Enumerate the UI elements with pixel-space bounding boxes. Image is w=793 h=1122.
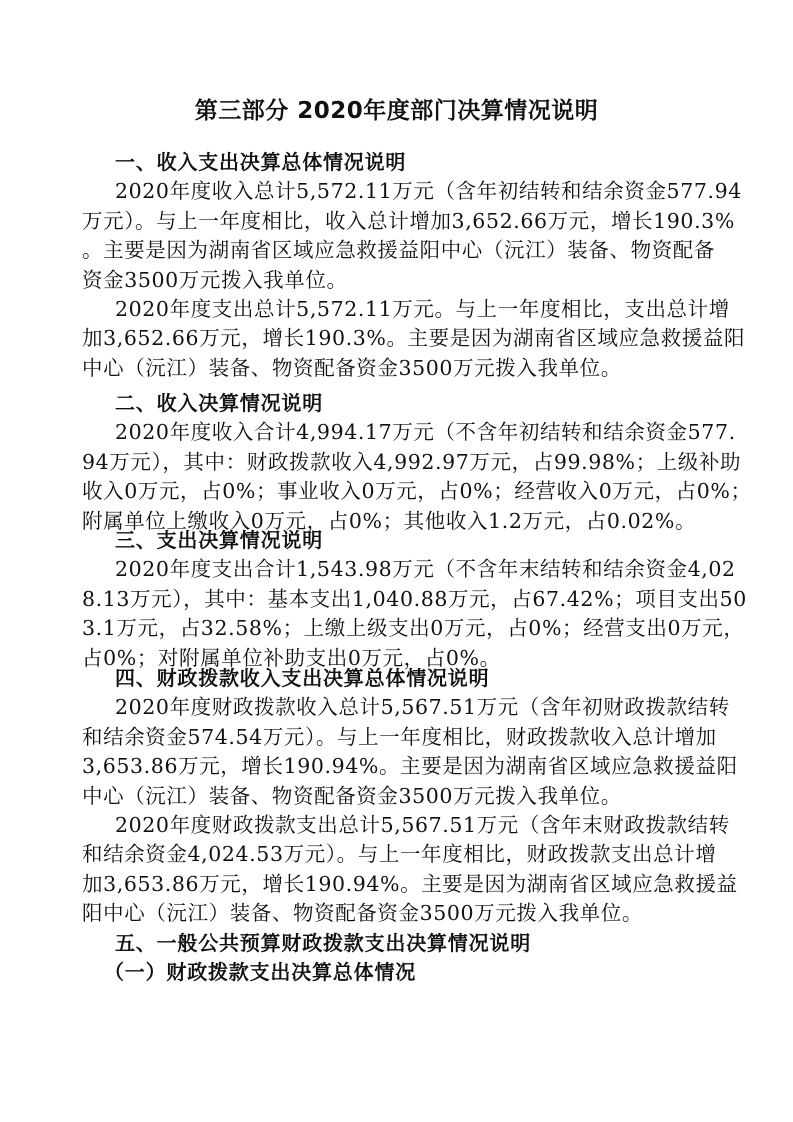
paragraph-line: 2020年度财政拨款收入总计5,567.51万元（含年初财政拨款结转 [82, 693, 712, 722]
section-heading: 三、支出决算情况说明 [82, 526, 712, 555]
paragraph-line: 94万元），其中：财政拨款收入4,992.97万元，占99.98%；上级补助 [82, 448, 712, 477]
paragraph-line: 。主要是因为湖南省区域应急救援益阳中心（沅江）装备、物资配备 [82, 236, 712, 265]
section-income-details: 二、收入决算情况说明 2020年度收入合计4,994.17万元（不含年初结转和结… [82, 389, 712, 536]
section-heading: 一、收入支出决算总体情况说明 [82, 148, 712, 177]
section-heading: 二、收入决算情况说明 [82, 389, 712, 418]
paragraph-line: 8.13万元），其中：基本支出1,040.88万元，占67.42%；项目支出50 [82, 585, 712, 614]
paragraph-line: 和结余资金574.54万元）。与上一年度相比，财政拨款收入总计增加 [82, 723, 712, 752]
section-general-public-budget: 五、一般公共预算财政拨款支出决算情况说明 （一）财政拨款支出决算总体情况 [82, 929, 712, 988]
paragraph: 2020年度收入合计4,994.17万元（不含年初结转和结余资金577. 94万… [82, 418, 712, 536]
paragraph: 2020年度财政拨款支出总计5,567.51万元（含年末财政拨款结转 和结余资金… [82, 811, 712, 929]
section-heading: 四、财政拨款收入支出决算总体情况说明 [82, 664, 712, 693]
document-page: 第三部分 2020年度部门决算情况说明 一、收入支出决算总体情况说明 2020年… [0, 0, 793, 1122]
paragraph-line: 阳中心（沅江）装备、物资配备资金3500万元拨入我单位。 [82, 899, 712, 928]
paragraph-line: 资金3500万元拨入我单位。 [82, 266, 712, 295]
paragraph-line: 2020年度收入合计4,994.17万元（不含年初结转和结余资金577. [82, 418, 712, 447]
section-income-expenditure-overview: 一、收入支出决算总体情况说明 2020年度收入总计5,572.11万元（含年初结… [82, 148, 712, 383]
paragraph-line: 3.1万元，占32.58%；上缴上级支出0万元，占0%；经营支出0万元， [82, 614, 712, 643]
section-heading: 五、一般公共预算财政拨款支出决算情况说明 [82, 929, 712, 958]
paragraph-line: 万元）。与上一年度相比，收入总计增加3,652.66万元，增长190.3% [82, 207, 712, 236]
paragraph: 2020年度收入总计5,572.11万元（含年初结转和结余资金577.94 万元… [82, 177, 712, 295]
paragraph-line: 和结余资金4,024.53万元）。与上一年度相比，财政拨款支出总计增 [82, 840, 712, 869]
section-subheading: （一）财政拨款支出决算总体情况 [82, 958, 712, 987]
paragraph-line: 加3,653.86万元，增长190.94%。主要是因为湖南省区域应急救援益 [82, 870, 712, 899]
paragraph-line: 3,653.86万元，增长190.94%。主要是因为湖南省区域应急救援益阳 [82, 752, 712, 781]
paragraph-line: 2020年度收入总计5,572.11万元（含年初结转和结余资金577.94 [82, 177, 712, 206]
section-fiscal-appropriation-overview: 四、财政拨款收入支出决算总体情况说明 2020年度财政拨款收入总计5,567.5… [82, 664, 712, 929]
page-title: 第三部分 2020年度部门决算情况说明 [0, 96, 793, 126]
paragraph: 2020年度支出合计1,543.98万元（不含年末结转和结余资金4,02 8.1… [82, 555, 712, 673]
paragraph-line: 中心（沅江）装备、物资配备资金3500万元拨入我单位。 [82, 782, 712, 811]
paragraph-line: 2020年度支出总计5,572.11万元。与上一年度相比，支出总计增 [82, 295, 712, 324]
paragraph-line: 2020年度支出合计1,543.98万元（不含年末结转和结余资金4,02 [82, 555, 712, 584]
paragraph-line: 加3,652.66万元，增长190.3%。主要是因为湖南省区域应急救援益阳 [82, 324, 712, 353]
paragraph-line: 2020年度财政拨款支出总计5,567.51万元（含年末财政拨款结转 [82, 811, 712, 840]
paragraph: 2020年度支出总计5,572.11万元。与上一年度相比，支出总计增 加3,65… [82, 295, 712, 383]
section-expenditure-details: 三、支出决算情况说明 2020年度支出合计1,543.98万元（不含年末结转和结… [82, 526, 712, 673]
paragraph-line: 中心（沅江）装备、物资配备资金3500万元拨入我单位。 [82, 354, 712, 383]
paragraph: 2020年度财政拨款收入总计5,567.51万元（含年初财政拨款结转 和结余资金… [82, 693, 712, 811]
paragraph-line: 收入0万元，占0%；事业收入0万元，占0%；经营收入0万元，占0%； [82, 477, 712, 506]
